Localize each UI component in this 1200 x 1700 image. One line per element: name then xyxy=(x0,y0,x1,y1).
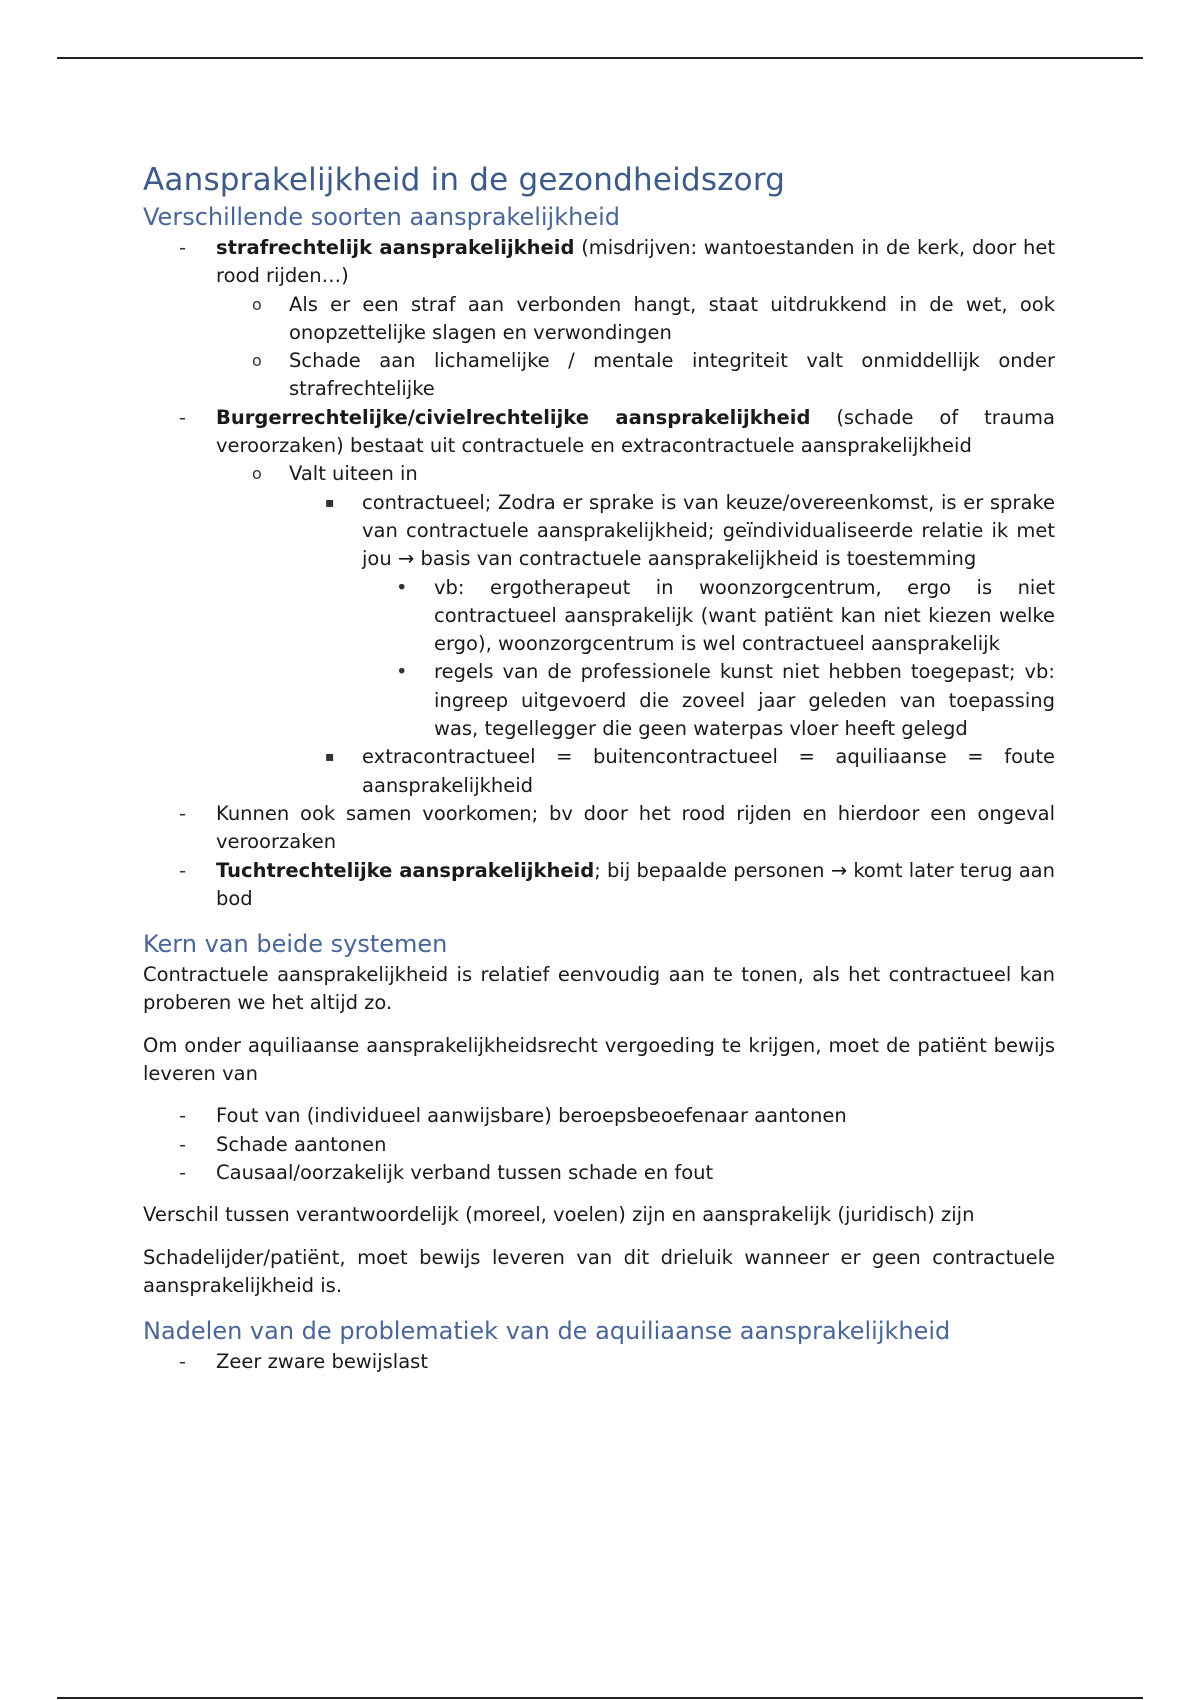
list-item: ▪ contractueel; Zodra er sprake is van k… xyxy=(143,489,1055,574)
item-text: contractueel; Zodra er sprake is van keu… xyxy=(362,491,1055,571)
section-heading-nadelen: Nadelen van de problematiek van de aquil… xyxy=(143,1314,1055,1348)
list-item: - strafrechtelijk aansprakelijkheid (mis… xyxy=(143,234,1055,291)
item-text: Schade aantonen xyxy=(216,1133,387,1156)
list-item: • vb: ergotherapeut in woonzorgcentrum, … xyxy=(143,574,1055,659)
list-item: ▪ extracontractueel = buitencontractueel… xyxy=(143,743,1055,800)
circle-marker: o xyxy=(252,291,262,319)
list-item: - Causaal/oorzakelijk verband tussen sch… xyxy=(143,1159,1055,1187)
paragraph: Contractuele aansprakelijkheid is relati… xyxy=(143,961,1055,1018)
square-marker: ▪ xyxy=(325,743,335,771)
item-text: Schade aan lichamelijke / mentale integr… xyxy=(289,349,1055,400)
item-text: extracontractueel = buitencontractueel =… xyxy=(362,745,1055,796)
term-tuchtrechtelijk: Tuchtrechtelijke aansprakelijkheid xyxy=(216,859,594,882)
list-item: - Kunnen ook samen voorkomen; bv door he… xyxy=(143,800,1055,857)
list-item: o Als er een straf aan verbonden hangt, … xyxy=(143,291,1055,348)
footer-rule xyxy=(57,1697,1143,1699)
circle-marker: o xyxy=(252,460,262,488)
header-rule xyxy=(57,57,1143,59)
item-text: Causaal/oorzakelijk verband tussen schad… xyxy=(216,1161,713,1184)
square-marker: ▪ xyxy=(325,489,335,517)
item-text: Als er een straf aan verbonden hangt, st… xyxy=(289,293,1055,344)
soorten-list: - strafrechtelijk aansprakelijkheid (mis… xyxy=(143,234,1055,913)
list-item: o Schade aan lichamelijke / mentale inte… xyxy=(143,347,1055,404)
bullet-marker: • xyxy=(396,574,408,602)
paragraph: Schadelijder/patiënt, moet bewijs levere… xyxy=(143,1244,1055,1301)
dash-marker: - xyxy=(179,800,186,828)
document-title: Aansprakelijkheid in de gezondheidszorg xyxy=(143,160,1055,200)
list-item: - Schade aantonen xyxy=(143,1131,1055,1159)
document-page: Aansprakelijkheid in de gezondheidszorg … xyxy=(143,160,1055,1376)
list-item: - Tuchtrechtelijke aansprakelijkheid; bi… xyxy=(143,857,1055,914)
dash-marker: - xyxy=(179,857,186,885)
list-item: - Burgerrechtelijke/civielrechtelijke aa… xyxy=(143,404,1055,461)
term-burgerrechtelijk: Burgerrechtelijke/civielrechtelijke aans… xyxy=(216,406,810,429)
item-text: Fout van (individueel aanwijsbare) beroe… xyxy=(216,1104,847,1127)
nadelen-list: - Zeer zware bewijslast xyxy=(143,1348,1055,1376)
bullet-marker: • xyxy=(396,658,408,686)
dash-marker: - xyxy=(179,234,186,262)
section-heading-kern: Kern van beide systemen xyxy=(143,927,1055,961)
item-text: Kunnen ook samen voorkomen; bv door het … xyxy=(216,802,1055,853)
term-strafrechtelijk: strafrechtelijk aansprakelijkheid xyxy=(216,236,574,259)
item-text: vb: ergotherapeut in woonzorgcentrum, er… xyxy=(434,576,1055,656)
dash-marker: - xyxy=(179,1348,186,1376)
dash-marker: - xyxy=(179,1102,186,1130)
bewijs-list: - Fout van (individueel aanwijsbare) ber… xyxy=(143,1102,1055,1187)
item-text: Zeer zware bewijslast xyxy=(216,1350,428,1373)
list-item: o Valt uiteen in xyxy=(143,460,1055,488)
list-item: - Fout van (individueel aanwijsbare) ber… xyxy=(143,1102,1055,1130)
list-item: • regels van de professionele kunst niet… xyxy=(143,658,1055,743)
dash-marker: - xyxy=(179,1131,186,1159)
item-text: Valt uiteen in xyxy=(289,462,418,485)
dash-marker: - xyxy=(179,404,186,432)
item-text: regels van de professionele kunst niet h… xyxy=(434,660,1055,740)
list-item: - Zeer zware bewijslast xyxy=(143,1348,1055,1376)
section-heading-soorten: Verschillende soorten aansprakelijkheid xyxy=(143,200,1055,234)
circle-marker: o xyxy=(252,347,262,375)
paragraph: Verschil tussen verantwoordelijk (moreel… xyxy=(143,1201,1055,1229)
dash-marker: - xyxy=(179,1159,186,1187)
paragraph: Om onder aquiliaanse aansprakelijkheidsr… xyxy=(143,1032,1055,1089)
